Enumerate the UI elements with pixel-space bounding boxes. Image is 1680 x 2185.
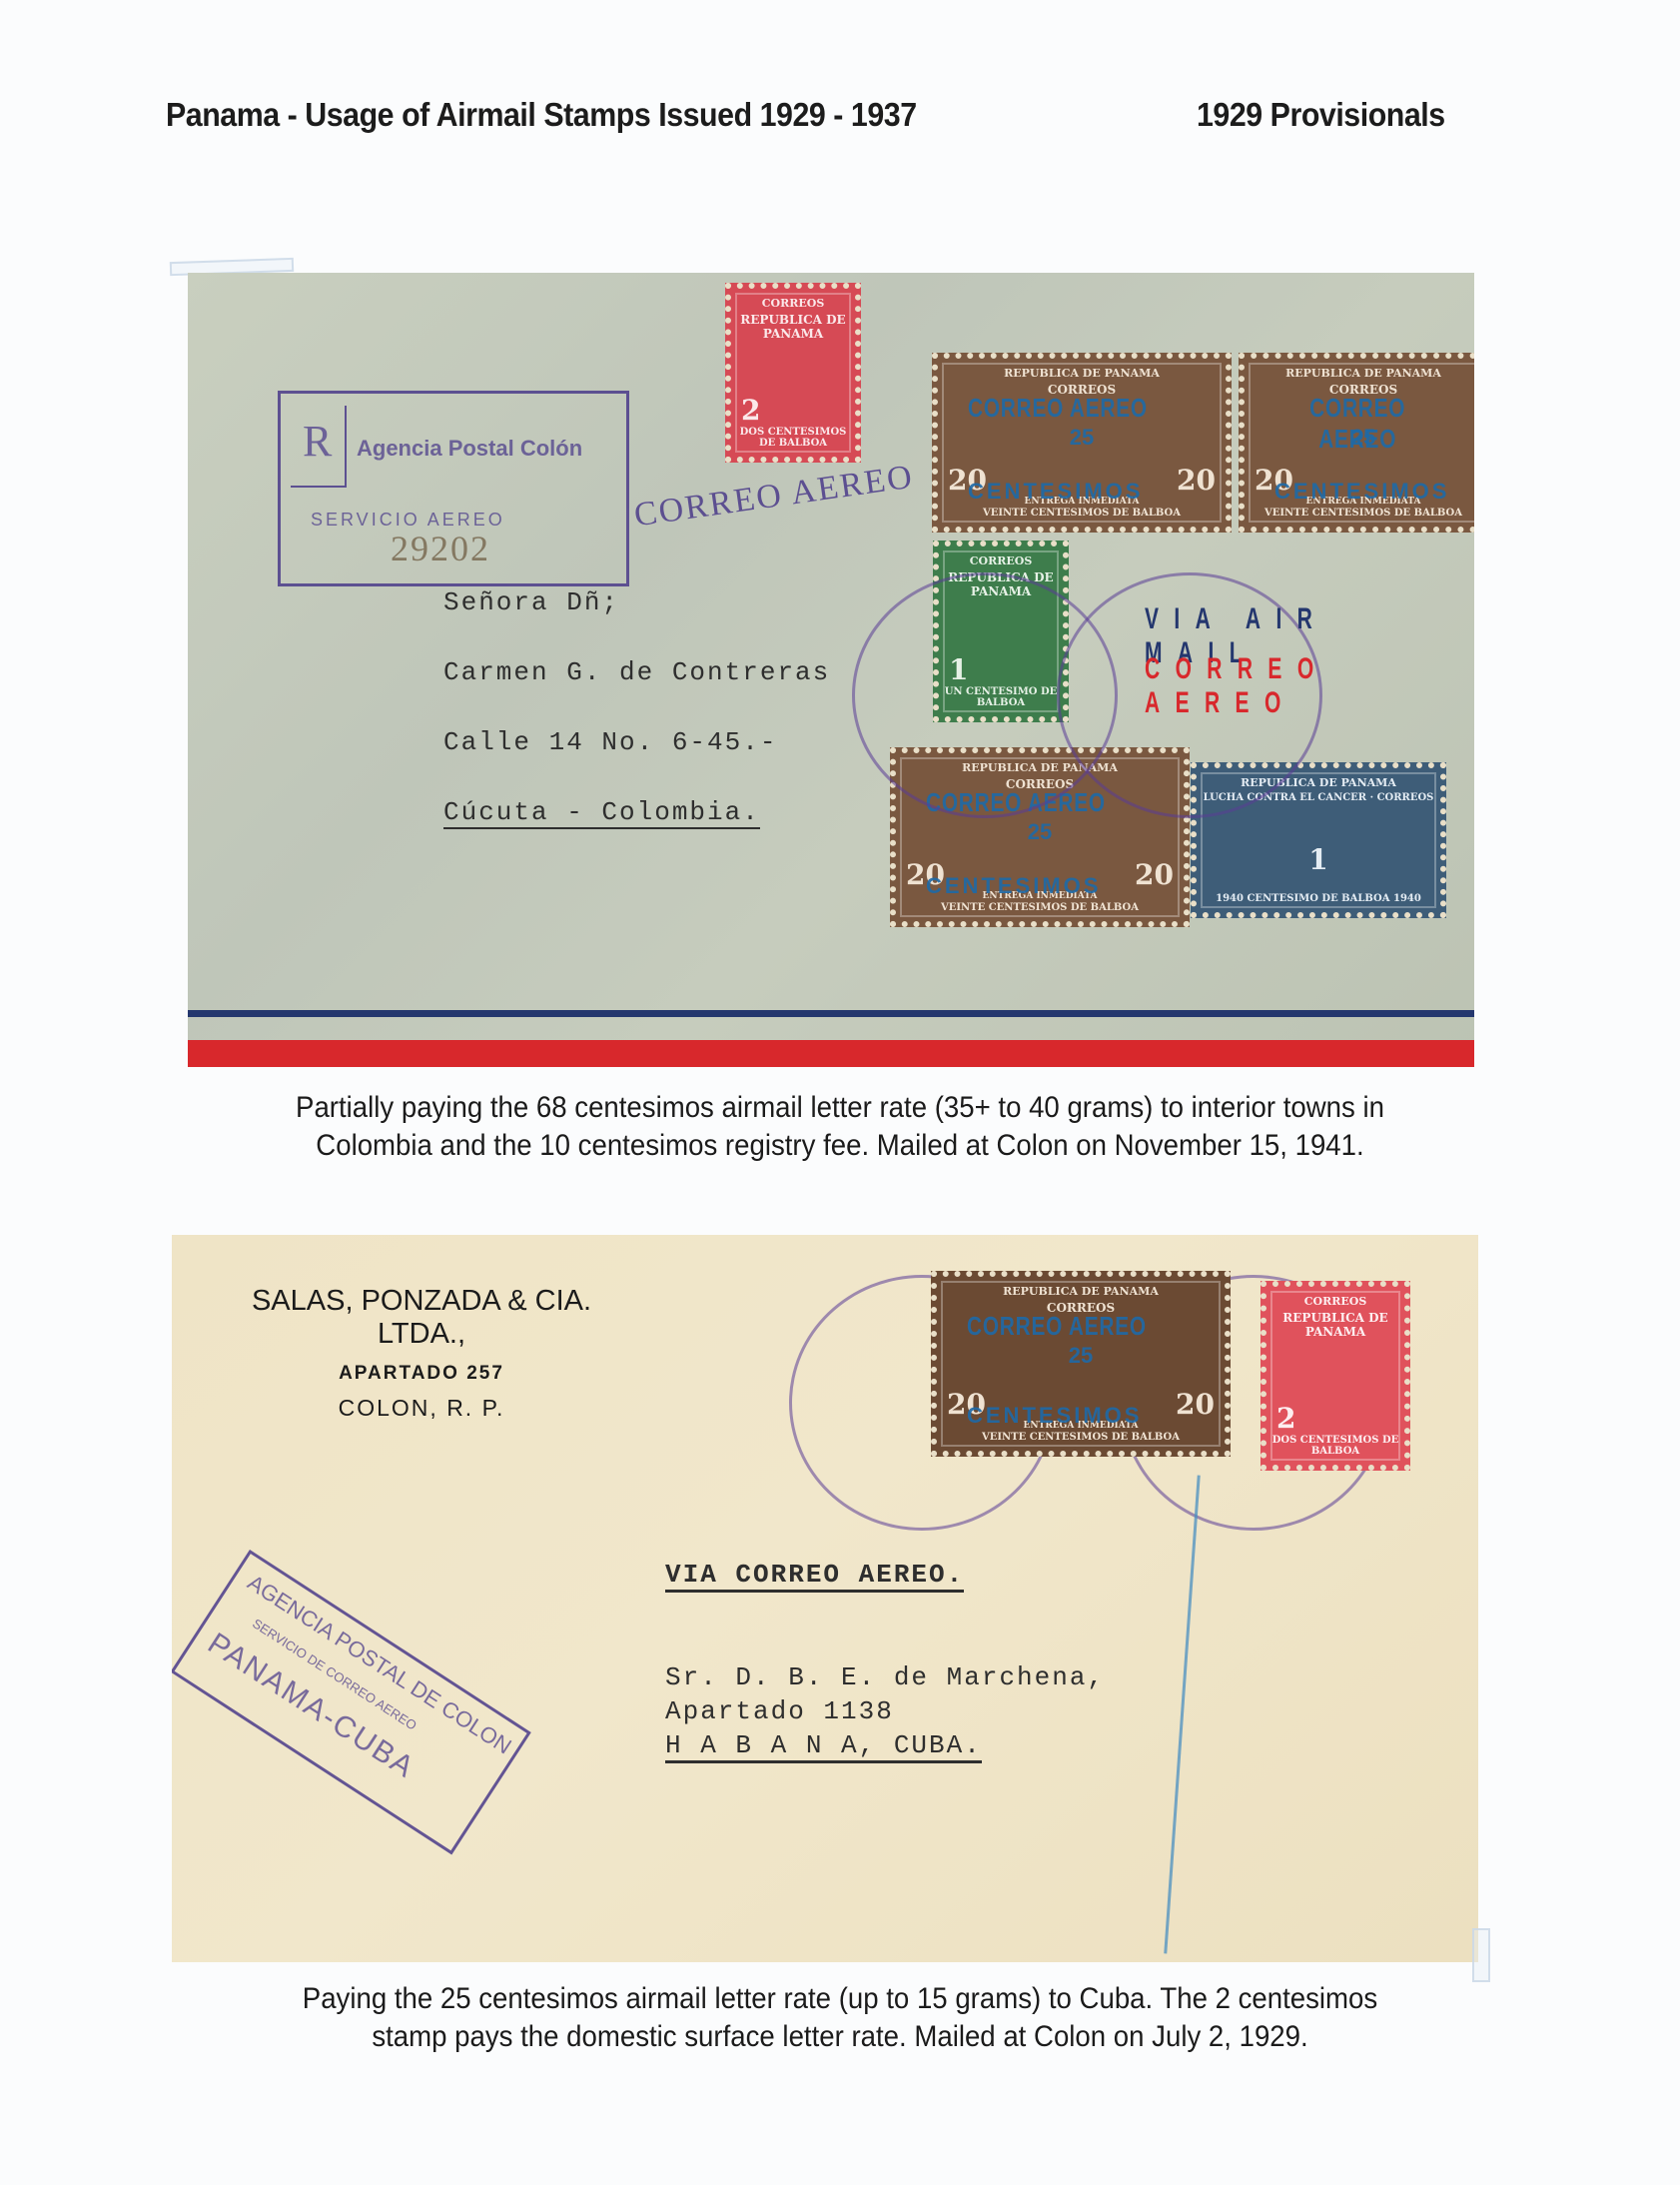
stamp-2c-red: CORREOS REPUBLICA DE PANAMA 2 DOS CENTES… — [1260, 1281, 1410, 1471]
stamp-20c-overprint: REPUBLICA DE PANAMA CORREOS 20 20 ENTREG… — [932, 353, 1232, 533]
city: COLON, R. P. — [242, 1395, 601, 1422]
cover-caption: Paying the 25 centesimos airmail letter … — [67, 1980, 1612, 2056]
company-name: SALAS, PONZADA & CIA. LTDA., — [242, 1285, 601, 1351]
route-note: VIA CORREO AEREO. — [665, 1560, 964, 1593]
registration-number: 29202 — [391, 528, 490, 569]
registration-r: R — [303, 416, 332, 467]
blue-crayon-mark — [1164, 1475, 1200, 1953]
stamp-20c-overprint: REPUBLICA DE PANAMA CORREOS 20 ENTREGA I… — [1239, 353, 1474, 533]
address-line: Sr. D. B. E. de Marchena, — [665, 1662, 1105, 1692]
agency-cachet: AGENCIA POSTAL DE COLON SERVICIO DE CORR… — [172, 1550, 531, 1854]
address-line: Apartado 1138 — [665, 1696, 894, 1726]
address-line: H A B A N A, CUBA. — [665, 1730, 982, 1763]
airmail-border-red — [188, 1040, 1474, 1067]
stamp-20c-overprint: REPUBLICA DE PANAMA CORREOS 20 20 ENTREG… — [931, 1271, 1231, 1457]
registration-label: R Agencia Postal Colón SERVICIO AEREO 29… — [278, 391, 629, 586]
section-title: 1929 Provisionals — [1197, 96, 1445, 134]
po-box: APARTADO 257 — [242, 1363, 601, 1385]
stamp-2c-red: CORREOS REPUBLICA DE PANAMA 2 DOS CENTES… — [725, 283, 861, 463]
address-line: Señora Dñ; — [443, 587, 619, 617]
correo-aereo-label: CORREO AEREO — [1145, 652, 1375, 720]
cover-colombia: R Agencia Postal Colón SERVICIO AEREO 29… — [188, 273, 1474, 1067]
cover-cuba: SALAS, PONZADA & CIA. LTDA., APARTADO 25… — [172, 1235, 1478, 1962]
page-title: Panama - Usage of Airmail Stamps Issued … — [166, 96, 917, 134]
mount-tape — [1472, 1928, 1490, 1982]
correo-aereo-handstamp: CORREO AEREO — [632, 459, 916, 536]
letterhead: SALAS, PONZADA & CIA. LTDA., APARTADO 25… — [242, 1285, 601, 1422]
address-line: Carmen G. de Contreras — [443, 657, 830, 687]
address-line: Cúcuta - Colombia. — [443, 797, 760, 829]
cover-caption: Partially paying the 68 centesimos airma… — [67, 1089, 1612, 1165]
airmail-border-blue — [188, 1010, 1474, 1017]
registration-agency: Agencia Postal Colón — [357, 436, 582, 462]
address-line: Calle 14 No. 6-45.- — [443, 727, 777, 757]
